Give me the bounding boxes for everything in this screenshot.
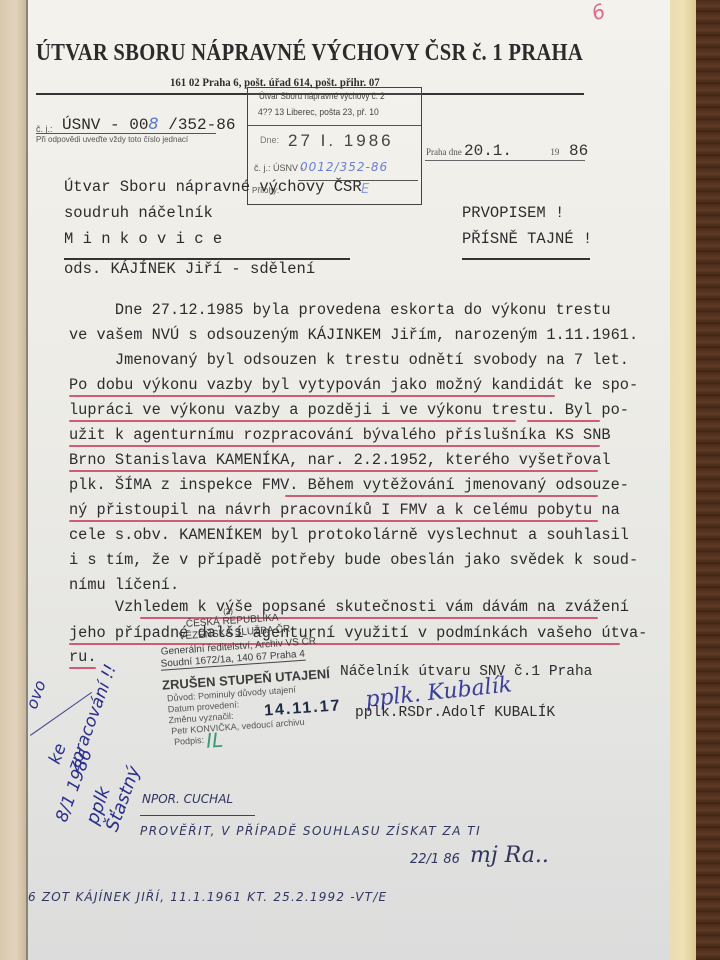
date-value: 20.1. [464,142,512,160]
red-underline [69,420,516,422]
red-underline [69,470,598,472]
archive-stamp-signature-label: Podpis: [174,735,205,747]
date-dne: dne [447,147,465,157]
handwritten-note-4: 6 ZOT KÁJÍNEK JIŘÍ, 11.1.1961 KT. 25.2.1… [28,890,387,904]
body-line: Po dobu výkonu vazby byl vytypován jako … [69,376,638,394]
body-line: Brno Stanislava KAMENÍKA, nar. 2.2.1952,… [69,451,611,469]
addressee-line-1: Útvar Sboru nápravné výchovy ČSR [64,178,362,196]
stamp-reference-label: č. j.: ÚSNV - [254,163,304,173]
red-underline [69,445,600,447]
body-line: plk. ŠÍMA z inspekce FMV. Během vytěžová… [69,476,629,494]
classification-top-secret: PŘÍSNĚ TAJNÉ ! [462,230,592,248]
reference-underline [36,133,216,134]
reference-handwritten-digit: 8 [148,114,158,133]
margin-handwritten-note: ovo ke zpracování !! 8/1 1986 pplk Šťast… [10,650,160,820]
reference-note: Při odpovědi uveďte vždy toto číslo jedn… [36,135,188,144]
stamp-divider [248,125,421,126]
reference-prefix: ÚSNV - 00 [62,116,148,134]
archive-stamp-signature: IL [205,728,224,753]
body-line: užit k agenturnímu rozpracování bývalého… [69,426,611,444]
body-line: lupráci ve výkonu vazby a později i ve v… [69,401,629,419]
handwritten-note-3: 22/1 86 [410,852,460,867]
stamp-reference-handwritten: 0012/352-86 [300,160,388,174]
date-century: 19 [550,147,559,157]
body-line: Jmenovaný byl odsouzen k trestu odnětí s… [69,351,629,369]
addressee-line-2: soudruh náčelník [64,204,213,222]
folder-edge-right [668,0,697,960]
handwritten-note-rule [140,815,255,816]
classification-original: PRVOPISEM ! [462,204,564,222]
handwritten-note-signature: mj Ra.. [470,843,549,868]
red-underline [69,520,598,522]
stamp-line-2: 4?? 13 Liberec, pošta 23, př. 10 [258,107,379,118]
subject-line: ods. KÁJÍNEK Jiří - sdělení [64,260,315,278]
body-line: nímu líčení. [69,576,179,594]
handwritten-note-1: NPOR. CUCHAL [142,792,233,806]
date-rule [425,160,585,161]
red-underline [285,495,598,497]
date-line: Praha dne 20.1. 19 86 [426,142,588,160]
stamp-line-1: Útvar Sboru nápravné výchovy č. 2 [259,91,385,102]
handwritten-note-2: PROVĚŘIT, V PŘÍPADĚ SOUHLASU ZÍSKAT ZA T… [140,824,481,838]
body-line: Dne 27.12.1985 byla provedena eskorta do… [69,301,611,319]
stamp-date: 27 I. 1986 [288,131,394,151]
signatory-name: pplk.RSDr.Adolf KUBALÍK [355,705,555,721]
classification-rule [462,258,590,260]
body-line: ný přistoupil na návrh pracovníků I FMV … [69,501,620,519]
declassification-stamp: (2) ČESKÁ REPUBLIKA VĚZEŇSKÁ SLUŽBA ČR G… [155,598,362,722]
letterhead-title: ÚTVAR SBORU NÁPRAVNÉ VÝCHOVY ČSR č. 1 PR… [36,40,583,67]
date-year: 86 [569,142,588,160]
body-line: ve vašem NVÚ s odsouzeným KÁJINKEM Jiřím… [69,326,638,344]
body-line: cele s.obv. KAMENÍKEM byl protokolárně v… [69,526,629,544]
addressee-line-3: M i n k o v i c e [64,230,222,248]
margin-note-line-1: ovo [22,678,50,712]
red-underline [527,420,600,422]
reference-suffix: /352-86 [159,116,236,134]
reference-number: ÚSNV - 008 /352-86 [62,114,235,134]
date-place: Praha [426,147,447,157]
body-line: i s tím, že v případě potřeby bude obesl… [69,551,638,569]
stamp-handwritten-mark: E [361,182,369,197]
wooden-table [696,0,720,960]
stamp-date-label: Dne: [260,135,279,145]
red-underline [69,395,555,397]
